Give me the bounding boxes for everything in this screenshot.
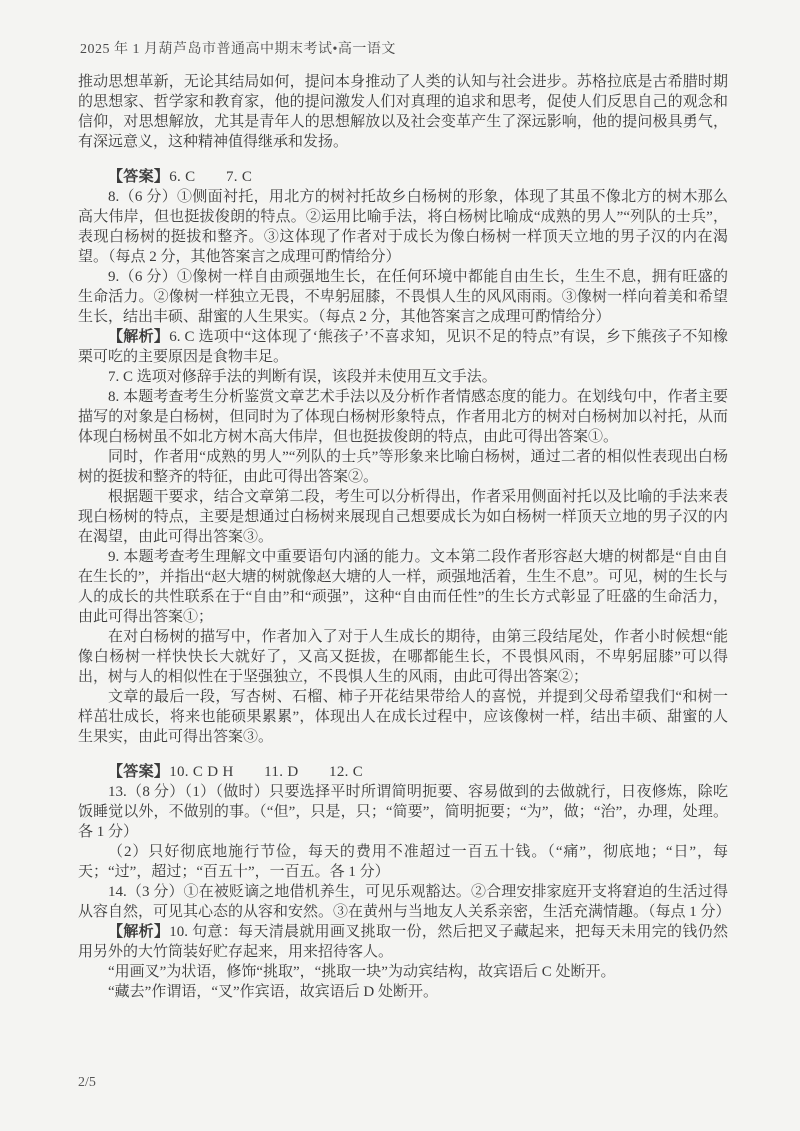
- analysis-item-10-part2: “用画叉”为状语，修饰“挑取”，“挑取一块”为动宾结构，故宾语后 C 处断开。: [78, 962, 728, 982]
- answer-label: 【答案】: [108, 169, 169, 185]
- answer-item-14: 14.（3 分）①在被贬谪之地借机养生，可见乐观豁达。②合理安排家庭开支将窘迫的…: [78, 882, 728, 922]
- analysis-item-9-part3: 文章的最后一段，写杏树、石榴、柿子开花结果带给人的喜悦，并提到父母希望我们“和树…: [78, 687, 728, 747]
- page-number: 2/5: [78, 1075, 96, 1091]
- document-header: 2025 年 1 月葫芦岛市普通高中期末考试•高一语文: [0, 0, 800, 58]
- analysis-item-9: 9. 本题考查考生理解文中重要语句内涵的能力。文本第二段作者形容赵大塘的树都是“…: [78, 547, 728, 627]
- analysis-item-10-part3: “藏去”作谓语，“叉”作宾语，故宾语后 D 处断开。: [78, 982, 728, 1002]
- scanned-document-page: 2025 年 1 月葫芦岛市普通高中期末考试•高一语文 推动思想革新，无论其结局…: [0, 0, 800, 1131]
- paragraph-continuation: 推动思想革新，无论其结局如何，提问本身推动了人类的认知与社会进步。苏格拉底是古希…: [78, 72, 728, 152]
- analysis-item-8-part3: 根据题干要求，结合文章第二段，考生可以分析得出，作者采用侧面衬托以及比喻的手法来…: [78, 487, 728, 547]
- answer-label: 【答案】: [108, 764, 169, 780]
- analysis-label: 【解析】: [108, 924, 169, 940]
- answer-item-13-2: （2）只好彻底地施行节俭，每天的费用不准超过一百五十钱。（“痛”，彻底地；“日”…: [78, 842, 728, 882]
- analysis-item-8-part2: 同时，作者用“成熟的男人”“列队的士兵”等形象来比喻白杨树，通过二者的相似性表现…: [78, 447, 728, 487]
- answer-item-8: 8.（6 分）①侧面衬托，用北方的树衬托故乡白杨树的形象，体现了其虽不像北方的树…: [78, 187, 728, 267]
- analysis-item-10: 【解析】10. 句意：每天清晨就用画叉挑取一份，然后把叉子藏起来，把每天未用完的…: [78, 922, 728, 962]
- answer-line-10-11-12: 【答案】10. C D H 11. D 12. C: [78, 762, 728, 782]
- analysis-item-8: 8. 本题考查考生分析鉴赏文章艺术手法以及分析作者情感态度的能力。在划线句中，作…: [78, 387, 728, 447]
- analysis-item-9-part2: 在对白杨树的描写中，作者加入了对于人生成长的期待，由第三段结尾处，作者小时候想“…: [78, 627, 728, 687]
- analysis-label: 【解析】: [108, 329, 169, 345]
- exam-title: 2025 年 1 月葫芦岛市普通高中期末考试•高一语文: [80, 42, 396, 57]
- analysis-item-6: 【解析】6. C 选项中“这体现了‘熊孩子’不喜求知，见识不足的特点”有误，乡下…: [78, 327, 728, 367]
- answer-item-9: 9.（6 分）①像树一样自由顽强地生长，在任何环境中都能自由生长，生生不息，拥有…: [78, 267, 728, 327]
- analysis-item-7: 7. C 选项对修辞手法的判断有误，该段并未使用互文手法。: [78, 367, 728, 387]
- answer-line-6-7: 【答案】6. C 7. C: [78, 167, 728, 187]
- document-body: 推动思想革新，无论其结局如何，提问本身推动了人类的认知与社会进步。苏格拉底是古希…: [0, 58, 800, 1002]
- answer-item-13-1: 13.（8 分）（1）（做时）只要选择平时所谓简明扼要、容易做到的去做就行，日夜…: [78, 782, 728, 842]
